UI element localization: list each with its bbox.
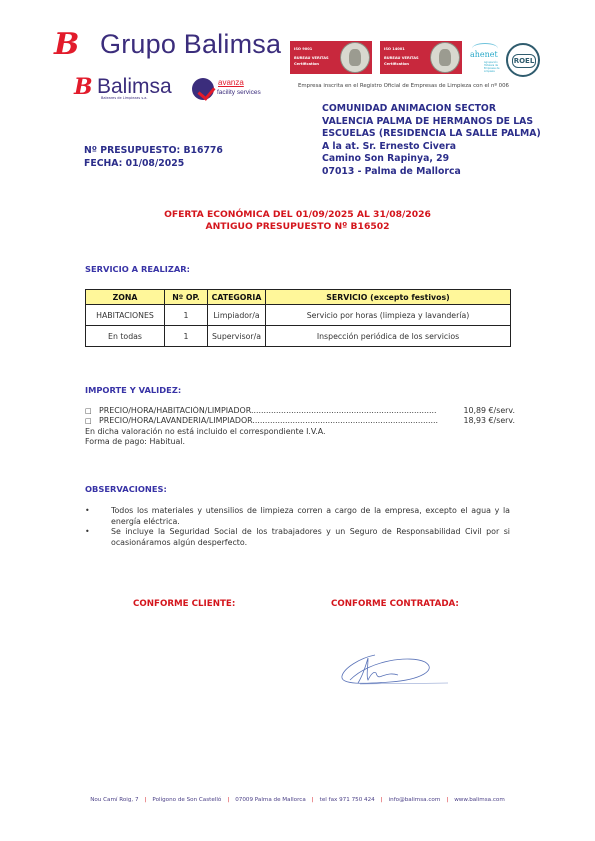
service-table: ZONA Nº OP. CATEGORIA SERVICIO (excepto … bbox=[85, 289, 511, 347]
price-label-text: PRECIO/HORA/LAVANDERIA/LIMPIADOR bbox=[99, 416, 252, 425]
budget-number: Nº PRESUPUESTO: B16776 bbox=[84, 144, 223, 157]
avanza-subtitle: facility services bbox=[217, 89, 261, 96]
bullet-icon: • bbox=[85, 506, 90, 517]
footer: Nou Camí Roig, 7|Polígono de Son Castell… bbox=[0, 797, 595, 803]
footer-city: 07009 Palma de Mallorca bbox=[235, 797, 306, 803]
ahenet-logo-text: ahenet bbox=[470, 50, 498, 59]
list-item: • Se incluye la Seguridad Social de los … bbox=[96, 527, 510, 548]
avanza-logo-text: avanza bbox=[218, 78, 244, 87]
observations-list: • Todos los materiales y utensilios de l… bbox=[96, 506, 510, 548]
list-item: • Todos los materiales y utensilios de l… bbox=[96, 506, 510, 527]
cert-type: Certification bbox=[294, 62, 319, 66]
separator-icon: | bbox=[381, 797, 383, 803]
table-row: En todas 1 Supervisor/a Inspección perió… bbox=[86, 326, 511, 347]
service-section-title: SERVICIO A REALIZAR: bbox=[85, 264, 190, 274]
bullet-icon: • bbox=[85, 527, 90, 538]
pricing-block: □ PRECIO/HORA/HABITACIÓN/LIMPIADOR......… bbox=[85, 406, 515, 448]
table-row: HABITACIONES 1 Limpiador/a Servicio por … bbox=[86, 305, 511, 326]
cell-zona: HABITACIONES bbox=[86, 305, 165, 326]
registry-notice: Empresa inscrita en el Registro Oficial … bbox=[298, 83, 509, 89]
checkbox-square-icon: □ bbox=[85, 416, 99, 426]
footer-phone: tel fax 971 750 424 bbox=[320, 797, 375, 803]
payment-note: Forma de pago: Habitual. bbox=[85, 437, 515, 447]
price-label: PRECIO/HORA/LAVANDERIA/LIMPIADOR........… bbox=[99, 416, 461, 426]
cell-categoria: Supervisor/a bbox=[208, 326, 266, 347]
price-value: 10,89 €/serv. bbox=[461, 406, 515, 416]
cert-type: Certification bbox=[384, 62, 409, 66]
cert-standard: ISO 9001 bbox=[294, 47, 312, 51]
cell-zona: En todas bbox=[86, 326, 165, 347]
separator-icon: | bbox=[145, 797, 147, 803]
separator-icon: | bbox=[446, 797, 448, 803]
contractor-signature-icon bbox=[330, 640, 450, 700]
budget-date: FECHA: 01/08/2025 bbox=[84, 157, 223, 170]
footer-website[interactable]: www.balimsa.com bbox=[454, 797, 505, 803]
cell-num-op: 1 bbox=[165, 305, 208, 326]
contractor-signature-label: CONFORME CONTRATADA: bbox=[331, 599, 459, 609]
price-label: PRECIO/HORA/HABITACIÓN/LIMPIADOR........… bbox=[99, 406, 461, 416]
roel-logo-text: ROEL bbox=[512, 54, 536, 68]
price-item: □ PRECIO/HORA/HABITACIÓN/LIMPIADOR......… bbox=[85, 406, 515, 416]
bureau-veritas-seal-icon bbox=[340, 42, 370, 73]
observations-section-title: OBSERVACIONES: bbox=[85, 484, 167, 494]
iso-9001-certification-badge: ISO 9001 BUREAU VERITAS Certification bbox=[290, 41, 372, 74]
cert-issuer: BUREAU VERITAS bbox=[294, 56, 329, 60]
bureau-veritas-seal-icon bbox=[430, 42, 460, 73]
price-item: □ PRECIO/HORA/LAVANDERIA/LIMPIADOR......… bbox=[85, 416, 515, 426]
previous-budget: ANTIGUO PRESUPUESTO Nº B16502 bbox=[0, 221, 595, 233]
iso-14001-certification-badge: ISO 14001 BUREAU VERITAS Certification bbox=[380, 41, 462, 74]
price-value: 18,93 €/serv. bbox=[461, 416, 515, 426]
footer-address: Nou Camí Roig, 7 bbox=[90, 797, 138, 803]
client-line: VALENCIA PALMA DE HERMANOS DE LAS bbox=[322, 116, 562, 129]
roel-logo-icon: ROEL bbox=[506, 43, 540, 77]
column-header-num-op: Nº OP. bbox=[165, 290, 208, 305]
client-signature-label: CONFORME CLIENTE: bbox=[133, 599, 235, 609]
column-header-servicio: SERVICIO (excepto festivos) bbox=[266, 290, 511, 305]
cell-servicio: Servicio por horas (limpieza y lavanderí… bbox=[266, 305, 511, 326]
client-line: ESCUELAS (RESIDENCIA LA SALLE PALMA) bbox=[322, 128, 562, 141]
observation-text: Se incluye la Seguridad Social de los tr… bbox=[111, 527, 510, 547]
price-label-text: PRECIO/HORA/HABITACIÓN/LIMPIADOR bbox=[99, 406, 251, 415]
client-address-block: COMUNIDAD ANIMACION SECTOR VALENCIA PALM… bbox=[322, 103, 562, 179]
cert-standard: ISO 14001 bbox=[384, 47, 405, 51]
footer-area: Polígono de Son Castelló bbox=[152, 797, 221, 803]
column-header-zona: ZONA bbox=[86, 290, 165, 305]
separator-icon: | bbox=[312, 797, 314, 803]
cell-servicio: Inspección periódica de los servicios bbox=[266, 326, 511, 347]
balimsa-subtitle: Baleares de Limpiezas s.a. bbox=[101, 96, 148, 100]
ahenet-subtitle: Agrupación Hotelera de Empresas de Limpi… bbox=[484, 61, 502, 73]
cell-categoria: Limpiador/a bbox=[208, 305, 266, 326]
observation-text: Todos los materiales y utensilios de lim… bbox=[111, 506, 510, 526]
avanza-check-logo-icon bbox=[192, 78, 214, 100]
vat-note: En dicha valoración no está incluido el … bbox=[85, 427, 515, 437]
client-line: A la at. Sr. Ernesto Civera bbox=[322, 141, 562, 154]
offer-title: OFERTA ECONÓMICA DEL 01/09/2025 AL 31/08… bbox=[0, 209, 595, 221]
cert-issuer: BUREAU VERITAS bbox=[384, 56, 419, 60]
footer-email[interactable]: info@balimsa.com bbox=[389, 797, 441, 803]
client-line: 07013 - Palma de Mallorca bbox=[322, 166, 562, 179]
group-logo-text: Grupo Balimsa bbox=[100, 29, 281, 60]
budget-info: Nº PRESUPUESTO: B16776 FECHA: 01/08/2025 bbox=[84, 144, 223, 170]
pricing-section-title: IMPORTE Y VALIDEZ: bbox=[85, 385, 181, 395]
separator-icon: | bbox=[227, 797, 229, 803]
table-header-row: ZONA Nº OP. CATEGORIA SERVICIO (excepto … bbox=[86, 290, 511, 305]
cell-num-op: 1 bbox=[165, 326, 208, 347]
checkbox-square-icon: □ bbox=[85, 406, 99, 416]
client-line: Camino Son Rapinya, 29 bbox=[322, 153, 562, 166]
client-line: COMUNIDAD ANIMACION SECTOR bbox=[322, 103, 562, 116]
balimsa-small-b-logo-icon: B bbox=[74, 74, 93, 100]
column-header-categoria: CATEGORIA bbox=[208, 290, 266, 305]
balimsa-b-logo-icon: B bbox=[54, 27, 79, 62]
offer-heading: OFERTA ECONÓMICA DEL 01/09/2025 AL 31/08… bbox=[0, 209, 595, 232]
